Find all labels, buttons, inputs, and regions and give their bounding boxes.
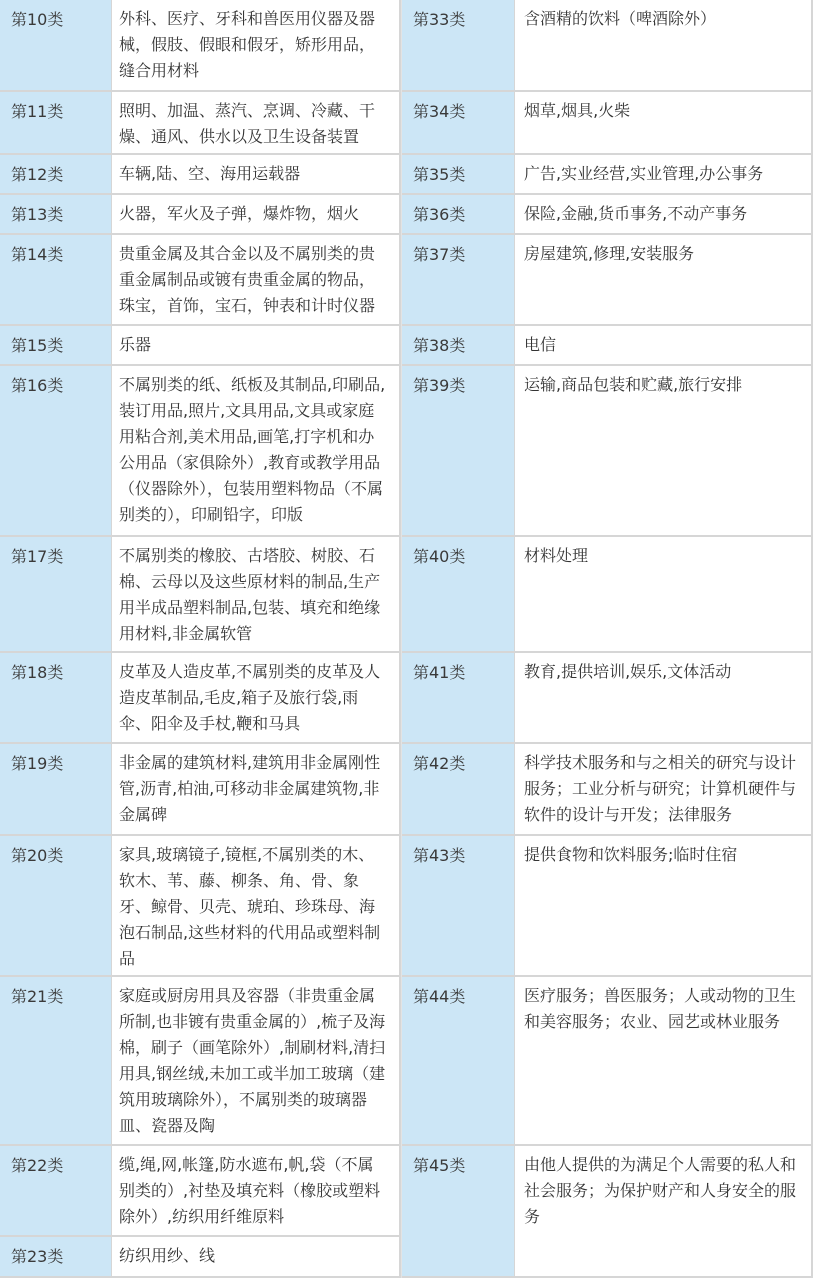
class-label: 第33类 bbox=[402, 0, 514, 90]
class-description: 医疗服务；兽医服务；人或动物的卫生和美容服务；农业、园艺或林业服务 bbox=[514, 977, 813, 1144]
class-label: 第13类 bbox=[0, 195, 111, 233]
class-description: 车辆,陆、空、海用运载器 bbox=[111, 155, 401, 193]
table-row: 第35类 广告,实业经营,实业管理,办公事务 bbox=[402, 155, 813, 195]
table-row: 第36类 保险,金融,货币事务,不动产事务 bbox=[402, 195, 813, 235]
class-description: 教育,提供培训,娱乐,文体活动 bbox=[514, 653, 813, 742]
class-label: 第34类 bbox=[402, 92, 514, 153]
table-row: 第16类 不属别类的纸、纸板及其制品,印刷品,装订用品,照片,文具用品,文具或家… bbox=[0, 366, 401, 537]
table-row: 第38类 电信 bbox=[402, 326, 813, 366]
table-row: 第13类 火器，军火及子弹，爆炸物，烟火 bbox=[0, 195, 401, 235]
class-label: 第17类 bbox=[0, 537, 111, 651]
table-row: 第11类 照明、加温、蒸汽、烹调、冷藏、干燥、通风、供水以及卫生设备装置 bbox=[0, 92, 401, 155]
class-description: 保险,金融,货币事务,不动产事务 bbox=[514, 195, 813, 233]
class-description: 运输,商品包装和贮藏,旅行安排 bbox=[514, 366, 813, 535]
class-label: 第37类 bbox=[402, 235, 514, 324]
table-row: 第41类 教育,提供培训,娱乐,文体活动 bbox=[402, 653, 813, 744]
class-label: 第20类 bbox=[0, 836, 111, 975]
class-description: 照明、加温、蒸汽、烹调、冷藏、干燥、通风、供水以及卫生设备装置 bbox=[111, 92, 401, 153]
table-row: 第40类 材料处理 bbox=[402, 537, 813, 653]
class-description: 房屋建筑,修理,安装服务 bbox=[514, 235, 813, 324]
class-label: 第21类 bbox=[0, 977, 111, 1144]
class-description: 火器，军火及子弹，爆炸物，烟火 bbox=[111, 195, 401, 233]
class-description: 科学技术服务和与之相关的研究与设计服务；工业分析与研究；计算机硬件与软件的设计与… bbox=[514, 744, 813, 834]
class-label: 第41类 bbox=[402, 653, 514, 742]
class-description: 非金属的建筑材料,建筑用非金属刚性管,沥青,柏油,可移动非金属建筑物,非金属碑 bbox=[111, 744, 401, 834]
class-description: 由他人提供的为满足个人需要的私人和社会服务；为保护财产和人身安全的服务 bbox=[514, 1146, 813, 1276]
table-row: 第42类 科学技术服务和与之相关的研究与设计服务；工业分析与研究；计算机硬件与软… bbox=[402, 744, 813, 836]
table-row: 第39类 运输,商品包装和贮藏,旅行安排 bbox=[402, 366, 813, 537]
table-row: 第14类 贵重金属及其合金以及不属别类的贵重金属制品或镀有贵重金属的物品，珠宝，… bbox=[0, 235, 401, 326]
class-label: 第10类 bbox=[0, 0, 111, 90]
table-row: 第45类 由他人提供的为满足个人需要的私人和社会服务；为保护财产和人身安全的服务 bbox=[402, 1146, 813, 1278]
class-label: 第22类 bbox=[0, 1146, 111, 1235]
table-row: 第21类 家庭或厨房用具及容器（非贵重金属所制,也非镀有贵重金属的）,梳子及海棉… bbox=[0, 977, 401, 1146]
table-row: 第20类 家具,玻璃镜子,镜框,不属别类的木、软木、苇、藤、柳条、角、骨、象牙、… bbox=[0, 836, 401, 977]
class-description: 家庭或厨房用具及容器（非贵重金属所制,也非镀有贵重金属的）,梳子及海棉，刷子（画… bbox=[111, 977, 401, 1144]
table-row: 第22类 缆,绳,网,帐篷,防水遮布,帆,袋（不属别类的）,衬垫及填充料（橡胶或… bbox=[0, 1146, 401, 1237]
class-description: 含酒精的饮料（啤酒除外） bbox=[514, 0, 813, 90]
class-description: 缆,绳,网,帐篷,防水遮布,帆,袋（不属别类的）,衬垫及填充料（橡胶或塑料除外）… bbox=[111, 1146, 401, 1235]
class-label: 第36类 bbox=[402, 195, 514, 233]
class-label: 第45类 bbox=[402, 1146, 514, 1276]
class-description: 烟草,烟具,火柴 bbox=[514, 92, 813, 153]
class-description: 不属别类的纸、纸板及其制品,印刷品,装订用品,照片,文具用品,文具或家庭用粘合剂… bbox=[111, 366, 401, 535]
class-label: 第44类 bbox=[402, 977, 514, 1144]
table-row: 第19类 非金属的建筑材料,建筑用非金属刚性管,沥青,柏油,可移动非金属建筑物,… bbox=[0, 744, 401, 836]
table-row: 第37类 房屋建筑,修理,安装服务 bbox=[402, 235, 813, 326]
class-label: 第38类 bbox=[402, 326, 514, 364]
class-label: 第40类 bbox=[402, 537, 514, 651]
class-label: 第42类 bbox=[402, 744, 514, 834]
class-description: 皮革及人造皮革,不属别类的皮革及人造皮革制品,毛皮,箱子及旅行袋,雨伞、阳伞及手… bbox=[111, 653, 401, 742]
table-row: 第44类 医疗服务；兽医服务；人或动物的卫生和美容服务；农业、园艺或林业服务 bbox=[402, 977, 813, 1146]
class-label: 第23类 bbox=[0, 1237, 111, 1276]
class-label: 第19类 bbox=[0, 744, 111, 834]
class-label: 第12类 bbox=[0, 155, 111, 193]
table-row: 第43类 提供食物和饮料服务;临时住宿 bbox=[402, 836, 813, 977]
class-label: 第35类 bbox=[402, 155, 514, 193]
class-description: 贵重金属及其合金以及不属别类的贵重金属制品或镀有贵重金属的物品，珠宝，首饰，宝石… bbox=[111, 235, 401, 324]
table-row: 第12类 车辆,陆、空、海用运载器 bbox=[0, 155, 401, 195]
class-description: 纺织用纱、线 bbox=[111, 1237, 401, 1276]
class-description: 电信 bbox=[514, 326, 813, 364]
class-description: 广告,实业经营,实业管理,办公事务 bbox=[514, 155, 813, 193]
class-description: 材料处理 bbox=[514, 537, 813, 651]
class-label: 第15类 bbox=[0, 326, 111, 364]
class-label: 第14类 bbox=[0, 235, 111, 324]
class-description: 不属别类的橡胶、古塔胶、树胶、石棉、云母以及这些原材料的制品,生产用半成品塑料制… bbox=[111, 537, 401, 651]
table-row: 第18类 皮革及人造皮革,不属别类的皮革及人造皮革制品,毛皮,箱子及旅行袋,雨伞… bbox=[0, 653, 401, 744]
class-description: 提供食物和饮料服务;临时住宿 bbox=[514, 836, 813, 975]
table-row: 第10类 外科、医疗、牙科和兽医用仪器及器械，假肢、假眼和假牙，矫形用品，缝合用… bbox=[0, 0, 401, 92]
class-description: 家具,玻璃镜子,镜框,不属别类的木、软木、苇、藤、柳条、角、骨、象牙、鲸骨、贝壳… bbox=[111, 836, 401, 975]
class-label: 第16类 bbox=[0, 366, 111, 535]
table-row: 第23类 纺织用纱、线 bbox=[0, 1237, 401, 1278]
table-row: 第34类 烟草,烟具,火柴 bbox=[402, 92, 813, 155]
table-row: 第17类 不属别类的橡胶、古塔胶、树胶、石棉、云母以及这些原材料的制品,生产用半… bbox=[0, 537, 401, 653]
class-description: 乐器 bbox=[111, 326, 401, 364]
table-row: 第33类 含酒精的饮料（啤酒除外） bbox=[402, 0, 813, 92]
class-description: 外科、医疗、牙科和兽医用仪器及器械，假肢、假眼和假牙，矫形用品，缝合用材料 bbox=[111, 0, 401, 90]
class-label: 第39类 bbox=[402, 366, 514, 535]
class-label: 第11类 bbox=[0, 92, 111, 153]
class-label: 第18类 bbox=[0, 653, 111, 742]
table-row: 第15类 乐器 bbox=[0, 326, 401, 366]
class-label: 第43类 bbox=[402, 836, 514, 975]
